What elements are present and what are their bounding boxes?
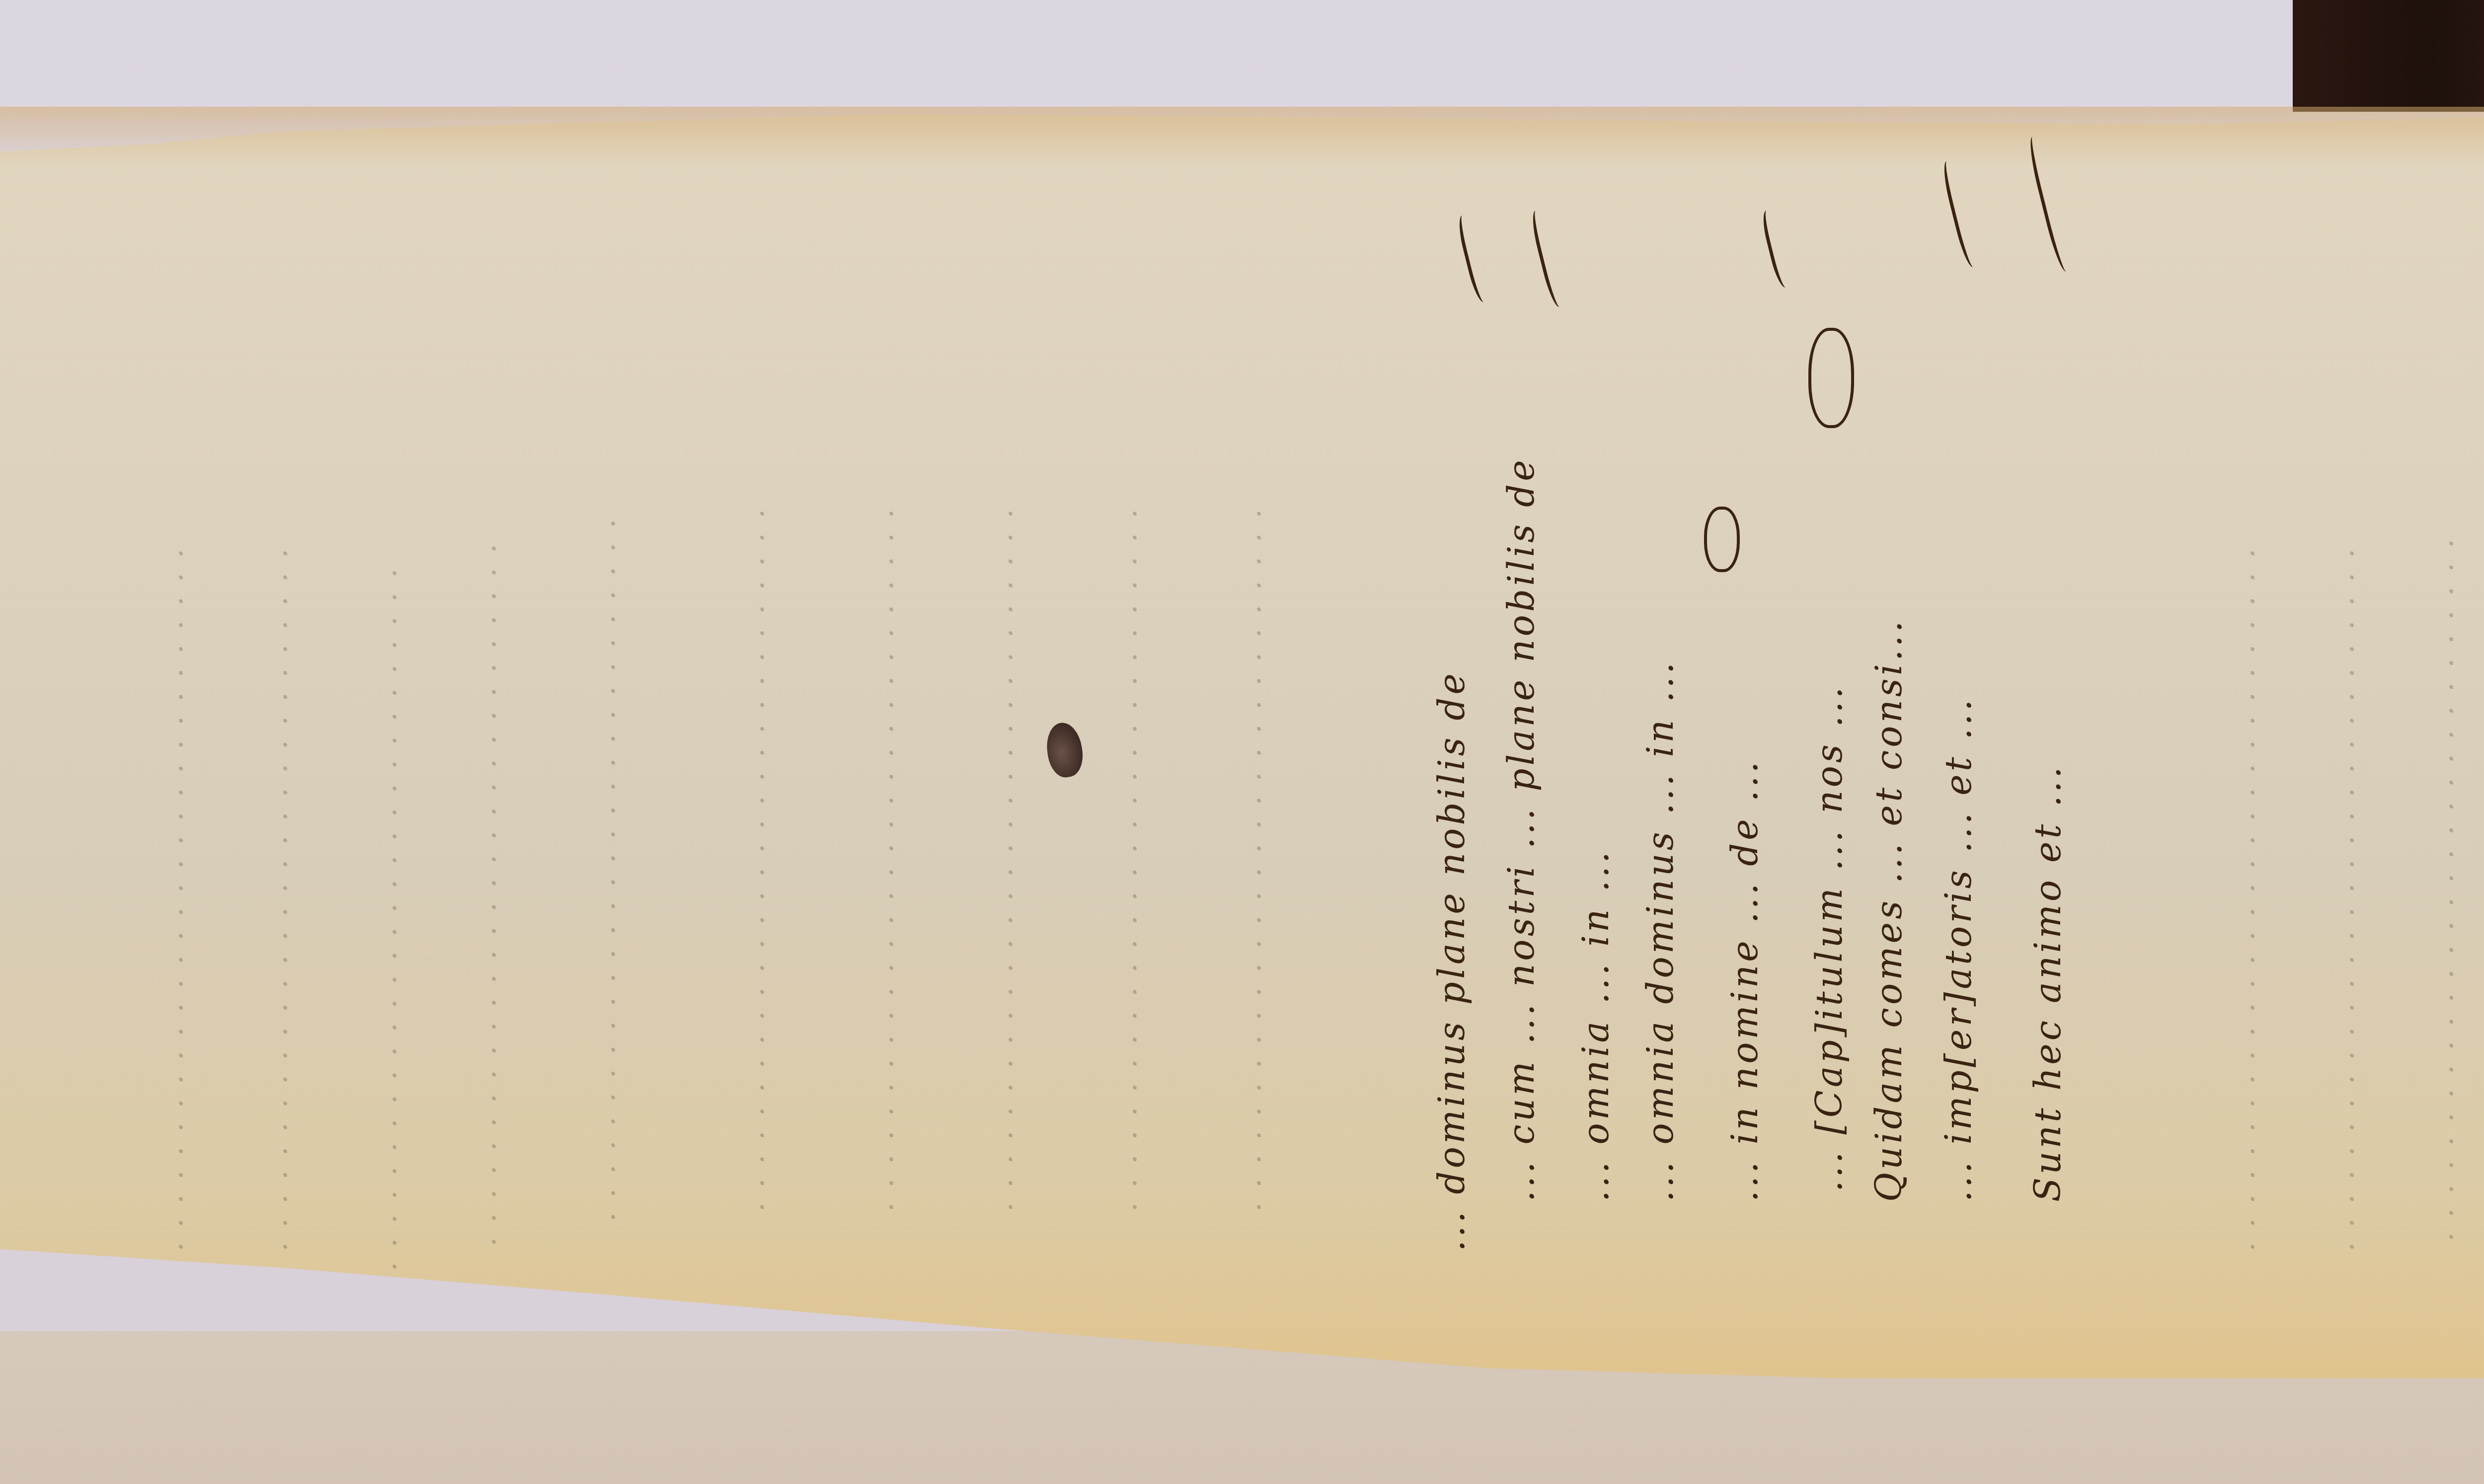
bleed-through-line: · · · · · · · · · · · · · · · · · · · · …	[2335, 209, 2370, 1252]
bleed-through-line: · · · · · · · · · · · · · · · · · · · · …	[477, 228, 512, 1247]
bleed-through-line: · · · · · · · · · · · · · · · · · · · · …	[164, 209, 199, 1252]
manuscript-line: ... dominus plane nobilis de	[1431, 358, 1473, 1252]
bleed-through-line: · · · · · · · · · · · · · · · · · · · · …	[268, 209, 303, 1252]
bleed-through-line: · · · · · · · · · · · · · · · · · · · · …	[874, 219, 909, 1212]
manuscript-line: Quidam comes ... et consi...	[1868, 358, 1910, 1202]
bleed-through-line: · · · · · · · · · · · · · · · · · · · · …	[596, 228, 631, 1222]
bleed-through-line: · · · · · · · · · · · · · · · · · · · · …	[378, 228, 412, 1271]
manuscript-line: ... cum ... nostri ... plane nobilis de	[1500, 358, 1542, 1202]
circled-word	[1704, 507, 1740, 572]
manuscript-line: ... omnia dominus ... in ...	[1639, 358, 1681, 1202]
bleed-through-line: · · · · · · · · · · · · · · · · · · · · …	[2236, 209, 2270, 1252]
manuscript-line: ... [Cap]itulum ... nos ...	[1808, 348, 1850, 1192]
bleed-through-line: · · · · · · · · · · · · · · · · · · · · …	[1242, 219, 1277, 1212]
bleed-through-line: · · · · · · · · · · · · · · · · · · · · …	[994, 219, 1028, 1212]
manuscript-line: ... omnia ... in ...	[1575, 358, 1617, 1202]
circled-word	[1808, 328, 1854, 428]
bleed-through-line: · · · · · · · · · · · · · · · · · · · · …	[745, 219, 780, 1212]
manuscript-line: ... imp[er]atoris ... et ...	[1938, 358, 1979, 1202]
manuscript-line: ... in nomine ... de ...	[1724, 358, 1766, 1202]
bleed-through-line: · · · · · · · · · · · · · · · · · · · · …	[1118, 219, 1153, 1212]
bleed-through-line: · · · · · · · · · · · · · · · · · · · · …	[2434, 199, 2469, 1242]
manuscript-line: Sunt hec animo et ...	[2027, 358, 2069, 1202]
wooden-surface	[2293, 0, 2484, 112]
stained-edge	[0, 107, 2484, 166]
